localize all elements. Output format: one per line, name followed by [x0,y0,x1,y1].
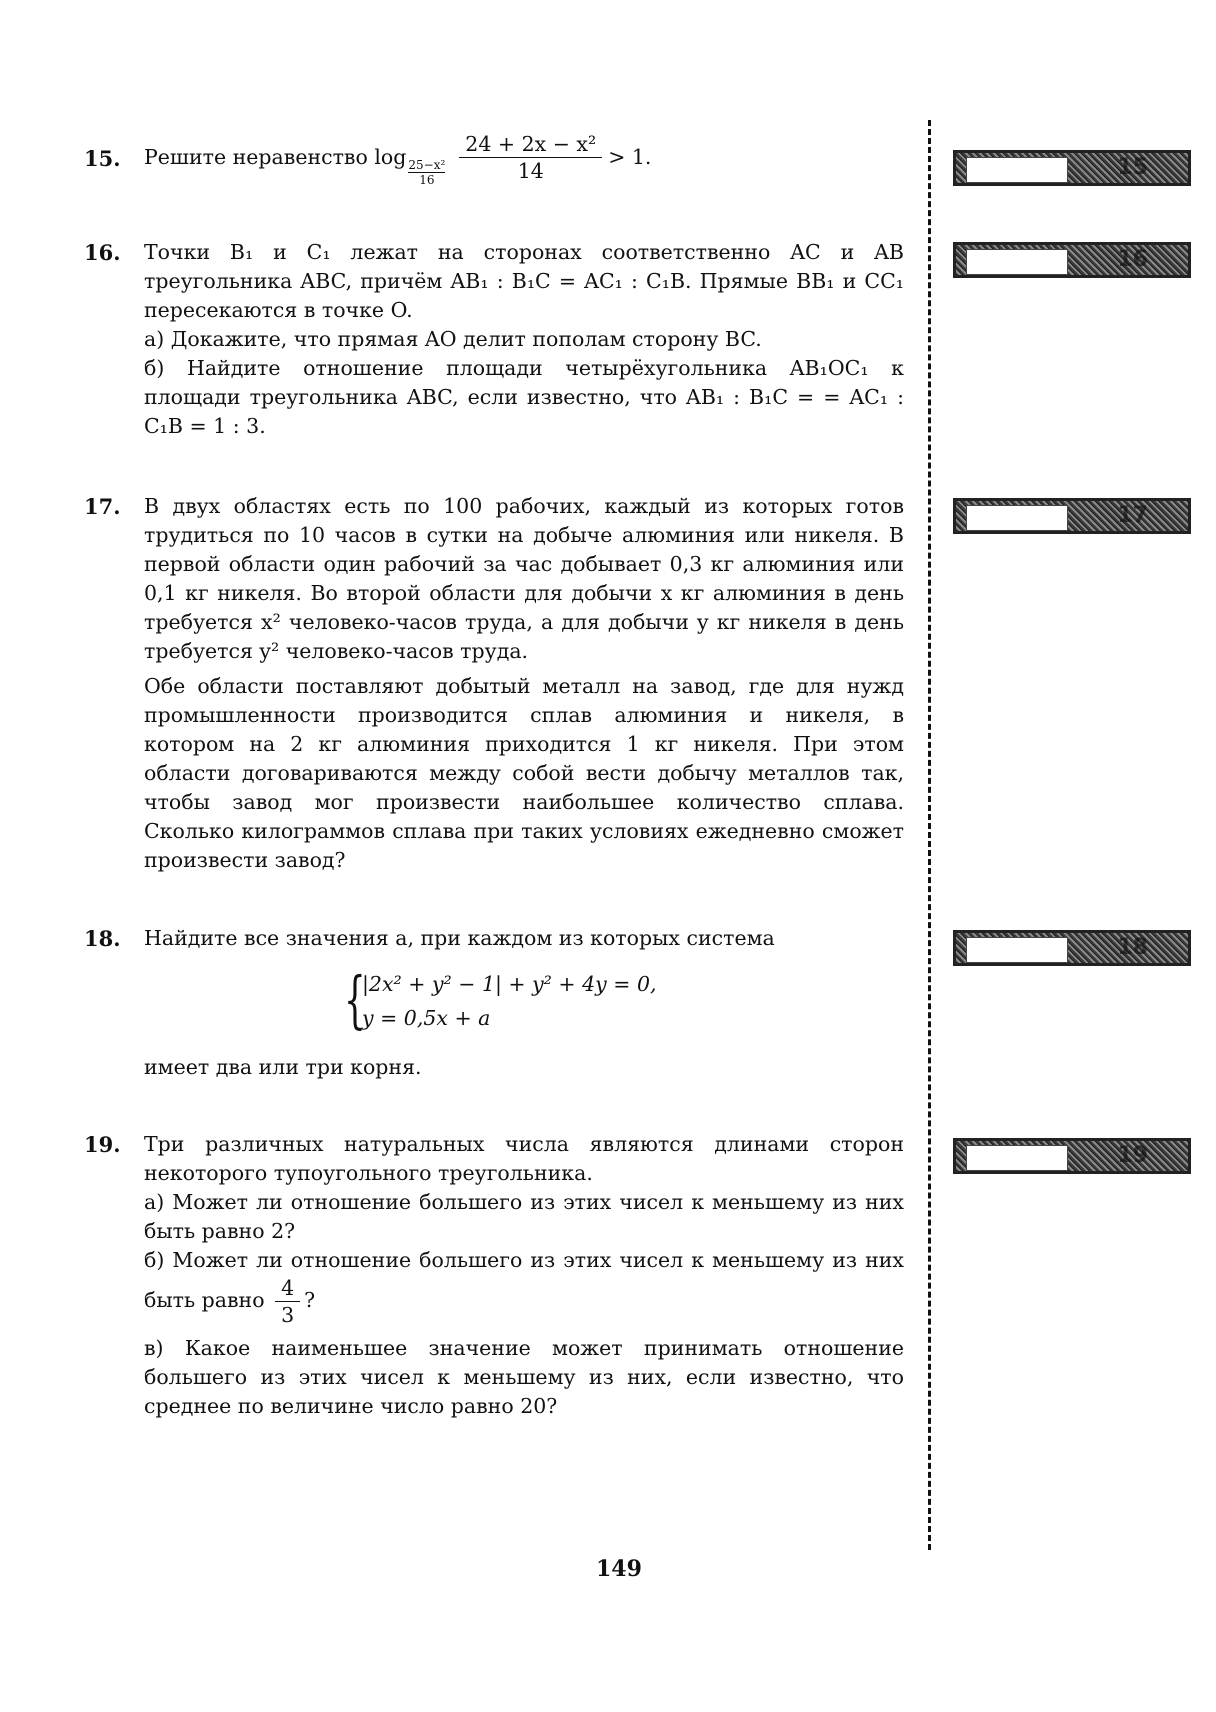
subquestion-b-text: б) Может ли отношение большего из этих ч… [144,1248,904,1312]
answer-field-19[interactable] [966,1145,1068,1171]
answer-box-15: 15 [953,150,1191,186]
problem-number: 16. [84,238,121,267]
subquestion-b: б) Найдите отношение площади четырёхугол… [144,354,904,441]
answer-box-18: 18 [953,930,1191,966]
answer-field-16[interactable] [966,249,1068,275]
problem-statement: Точки B₁ и C₁ лежат на сторонах соответс… [144,238,904,325]
problem-statement: В двух областях есть по 100 рабочих, каж… [144,492,904,666]
answer-label: 18 [1117,935,1148,960]
equation-1: |2x² + y² − 1| + y² + 4y = 0, [362,967,904,1001]
answer-field-15[interactable] [966,157,1068,183]
problem-16: 16. Точки B₁ и C₁ лежат на сторонах соот… [84,238,904,441]
problem-number: 19. [84,1130,121,1159]
answer-label: 16 [1117,247,1148,272]
fraction-denominator: 3 [275,1302,300,1328]
subquestion-c: в) Какое наименьшее значение может прини… [144,1334,904,1421]
exam-page: 15. Решите неравенство log 25−x² 16 24 +… [0,0,1216,1712]
answer-label: 15 [1117,155,1148,180]
problem-number: 15. [84,144,121,173]
fraction-numerator: 4 [275,1275,300,1302]
fraction-denominator: 14 [512,158,550,184]
cut-line-divider [928,120,931,1550]
subquestion-b: б) Может ли отношение большего из этих ч… [144,1246,904,1328]
problem-18: 18. Найдите все значения a, при каждом и… [84,924,904,1082]
problem-19: 19. Три различных натуральных числа явля… [84,1130,904,1421]
problem-statement: Три различных натуральных числа являются… [144,1130,904,1188]
inequality-tail: > 1. [608,143,651,172]
problem-outro: имеет два или три корня. [144,1053,904,1082]
equation-2: y = 0,5x + a [362,1001,904,1035]
problem-15: 15. Решите неравенство log 25−x² 16 24 +… [84,128,904,187]
problem-number: 17. [84,492,121,521]
answer-box-17: 17 [953,498,1191,534]
fraction: 4 3 [275,1275,300,1328]
question-mark: ? [304,1288,315,1312]
fraction-numerator: 24 + 2x − x² [459,131,602,158]
subquestion-a: а) Может ли отношение большего из этих ч… [144,1188,904,1246]
log-base-numerator: 25−x² [408,158,445,172]
answer-box-16: 16 [953,242,1191,278]
subquestion-a: а) Докажите, что прямая AO делит пополам… [144,325,904,354]
answer-label: 17 [1117,503,1148,528]
answer-label: 19 [1117,1143,1148,1168]
log-word: log [374,143,406,172]
answer-field-18[interactable] [966,937,1068,963]
page-number: 149 [596,1556,642,1582]
log-expression: log 25−x² 16 24 + 2x − x² 14 > 1. [374,128,651,187]
fraction: 24 + 2x − x² 14 [459,131,602,184]
answer-box-19: 19 [953,1138,1191,1174]
problem-intro: Найдите все значения a, при каждом из ко… [144,924,904,953]
brace-icon: { [344,969,366,1031]
log-base-denominator: 16 [419,173,434,187]
problem-question: Обе области поставляют добытый металл на… [144,672,904,875]
answer-field-17[interactable] [966,505,1068,531]
equation-system: { |2x² + y² − 1| + y² + 4y = 0, y = 0,5x… [344,967,904,1035]
log-base: 25−x² 16 [408,158,445,187]
problem-17: 17. В двух областях есть по 100 рабочих,… [84,492,904,875]
problem-intro: Решите неравенство [144,143,368,172]
problem-number: 18. [84,924,121,953]
